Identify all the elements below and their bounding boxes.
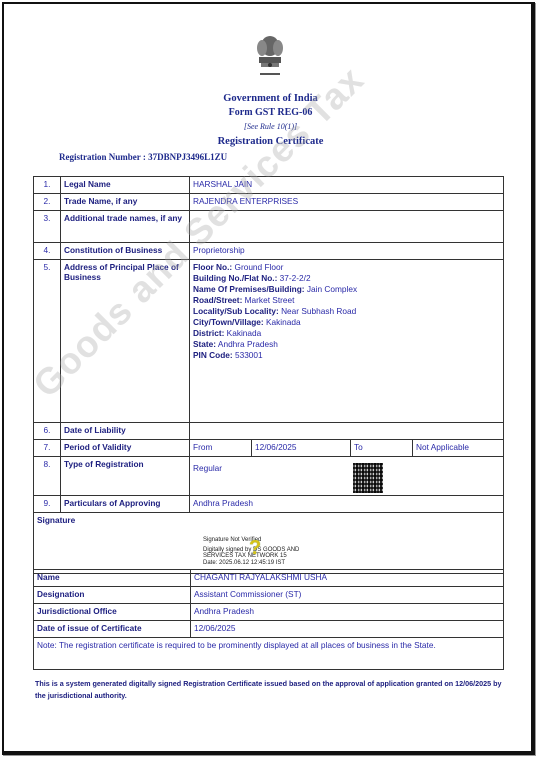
validity-from-value: 12/06/2025 [252,440,351,457]
constitution-value: Proprietorship [190,243,504,260]
rule-reference: [See Rule 10(1)] [0,122,541,131]
officer-label: Designation [34,587,191,604]
row-number: 9. [34,496,61,513]
national-emblem-icon [250,32,290,80]
validity-from-label: From [190,440,252,457]
validity-to-label: To [351,440,413,457]
address-value: Floor No.: Ground Floor Building No./Fla… [190,260,504,423]
issue-date-value: 12/06/2025 [191,621,504,638]
table-row: 6. Date of Liability [34,423,504,440]
row-number: 7. [34,440,61,457]
row-label: Legal Name [61,177,190,194]
row-label: Date of Liability [61,423,190,440]
trade-name-value: RAJENDRA ENTERPRISES [190,194,504,211]
table-row: 1. Legal Name HARSHAL JAIN [34,177,504,194]
approving-authority-value: Andhra Pradesh [190,496,504,513]
display-note: Note: The registration certificate is re… [34,638,504,670]
certificate-title: Registration Certificate [0,136,541,147]
row-label: Additional trade names, if any [61,211,190,243]
row-number: 3. [34,211,61,243]
row-number: 4. [34,243,61,260]
table-row: Designation Assistant Commissioner (ST) [34,587,504,604]
signature-cell: Signature Signature Not Verified Digital… [34,513,504,574]
officer-label: Date of issue of Certificate [34,621,191,638]
form-heading: Form GST REG-06 [0,107,541,118]
table-row: 7. Period of Validity From 12/06/2025 To… [34,440,504,457]
table-row: Note: The registration certificate is re… [34,638,504,670]
row-label: Period of Validity [61,440,190,457]
row-label: Trade Name, if any [61,194,190,211]
table-row: 3. Additional trade names, if any [34,211,504,243]
question-mark-icon[interactable]: ? [249,537,261,560]
footer-disclaimer: This is a system generated digitally sig… [35,678,505,702]
table-row: Jurisdictional Office Andhra Pradesh [34,604,504,621]
date-of-liability-value [190,423,504,440]
registration-type-cell: Regular [190,457,504,496]
qr-code-icon [353,463,383,493]
jurisdictional-office-value: Andhra Pradesh [191,604,504,621]
government-heading: Government of India [0,93,541,104]
row-number: 8. [34,457,61,496]
table-row: 9. Particulars of Approving Andhra Prade… [34,496,504,513]
table-row: 8. Type of Registration Regular [34,457,504,496]
row-number: 5. [34,260,61,423]
row-label: Constitution of Business [61,243,190,260]
officer-name-value: CHAGANTI RAJYALAKSHMI USHA [191,570,504,587]
row-label: Particulars of Approving [61,496,190,513]
signature-label: Signature [37,515,500,525]
row-number: 1. [34,177,61,194]
officer-details-table: Name CHAGANTI RAJYALAKSHMI USHA Designat… [33,569,504,670]
validity-to-value: Not Applicable [413,440,504,457]
row-number: 2. [34,194,61,211]
row-label: Address of Principal Place of Business [61,260,190,423]
table-row: 4. Constitution of Business Proprietorsh… [34,243,504,260]
officer-designation-value: Assistant Commissioner (ST) [191,587,504,604]
signature-row: Signature Signature Not Verified Digital… [34,513,504,574]
signature-date: Date: 2025.06.12 12:45:19 IST [203,560,318,567]
registration-number: Registration Number : 37DBNPJ3496L1ZU [59,152,227,162]
digital-signature-block[interactable]: Signature Not Verified Digitally signed … [37,525,500,571]
row-label: Type of Registration [61,457,190,496]
registration-type-value: Regular [193,463,500,473]
row-number: 6. [34,423,61,440]
table-row: Date of issue of Certificate 12/06/2025 [34,621,504,638]
table-row: 2. Trade Name, if any RAJENDRA ENTERPRIS… [34,194,504,211]
officer-label: Name [34,570,191,587]
table-row: 5. Address of Principal Place of Busines… [34,260,504,423]
registration-details-table: 1. Legal Name HARSHAL JAIN 2. Trade Name… [33,176,504,574]
additional-trade-names-value [190,211,504,243]
officer-label: Jurisdictional Office [34,604,191,621]
legal-name-value: HARSHAL JAIN [190,177,504,194]
table-row: Name CHAGANTI RAJYALAKSHMI USHA [34,570,504,587]
